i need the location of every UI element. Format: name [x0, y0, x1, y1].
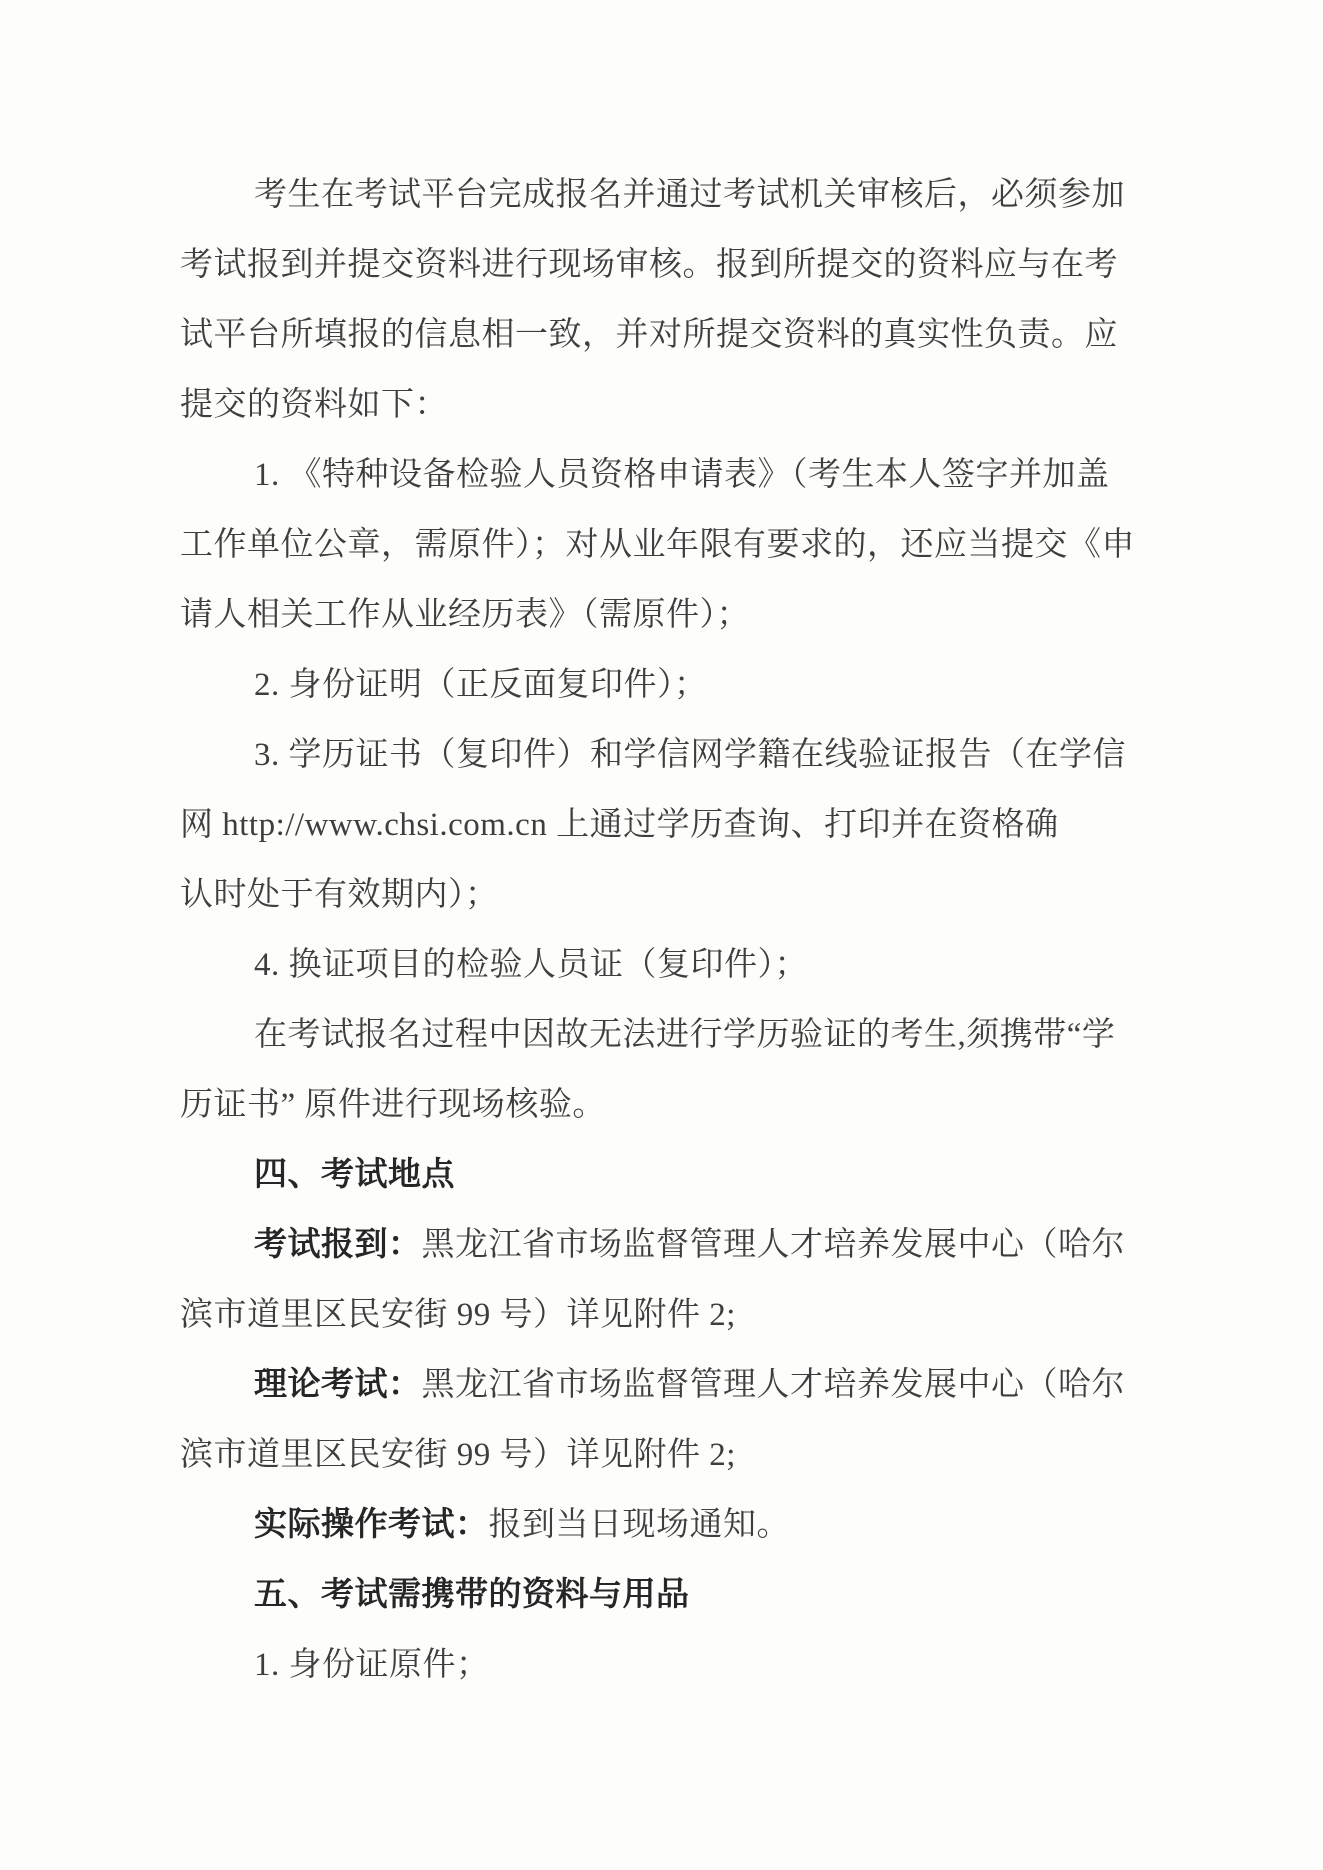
text-run: 滨市道里区民安街 99 号）详见附件 2; — [180, 1297, 736, 1333]
text-line: 1. 身份证原件； — [180, 1630, 1240, 1700]
text-line: 请人相关工作从业经历表》（需原件）； — [180, 580, 1240, 650]
text-line: 滨市道里区民安街 99 号）详见附件 2; — [180, 1280, 1240, 1350]
text-run: 4. 换证项目的检验人员证（复印件）； — [254, 947, 808, 983]
text-run: 黑龙江省市场监督管理人才培养发展中心（哈尔 — [422, 1227, 1126, 1263]
text-line: 滨市道里区民安街 99 号）详见附件 2; — [180, 1420, 1240, 1490]
text-run: 2. 身份证明（正反面复印件）； — [254, 667, 708, 703]
text-line: 考试报到：黑龙江省市场监督管理人才培养发展中心（哈尔 — [180, 1210, 1240, 1280]
text-line: 3. 学历证书（复印件）和学信网学籍在线验证报告（在学信 — [180, 720, 1240, 790]
text-run: 考试报到并提交资料进行现场审核。报到所提交的资料应与在考 — [180, 247, 1118, 283]
text-line: 试平台所填报的信息相一致，并对所提交资料的真实性负责。应 — [180, 300, 1240, 370]
text-run: 网 http://www.chsi.com.cn 上通过学历查询、打印并在资格确 — [180, 807, 1059, 843]
text-run: 在考试报名过程中因故无法进行学历验证的考生,须携带“学 — [254, 1017, 1115, 1053]
bold-text-run: 考试报到： — [254, 1227, 422, 1263]
bold-text-run: 理论考试： — [254, 1367, 422, 1403]
text-run: 工作单位公章，需原件）；对从业年限有要求的，还应当提交《申 — [180, 527, 1135, 563]
document-body: 考生在考试平台完成报名并通过考试机关审核后，必须参加考试报到并提交资料进行现场审… — [180, 160, 1240, 1700]
text-line: 四、考试地点 — [180, 1140, 1240, 1210]
bold-text-run: 四、考试地点 — [254, 1157, 455, 1193]
text-run: 1. 身份证原件； — [254, 1647, 490, 1683]
text-line: 五、考试需携带的资料与用品 — [180, 1560, 1240, 1630]
text-line: 考试报到并提交资料进行现场审核。报到所提交的资料应与在考 — [180, 230, 1240, 300]
text-line: 考生在考试平台完成报名并通过考试机关审核后，必须参加 — [180, 160, 1240, 230]
text-run: 3. 学历证书（复印件）和学信网学籍在线验证报告（在学信 — [254, 737, 1126, 773]
text-run: 历证书” 原件进行现场核验。 — [180, 1087, 606, 1123]
text-line: 2. 身份证明（正反面复印件）； — [180, 650, 1240, 720]
text-run: 请人相关工作从业经历表》（需原件）； — [180, 597, 750, 633]
text-line: 4. 换证项目的检验人员证（复印件）； — [180, 930, 1240, 1000]
text-line: 1. 《特种设备检验人员资格申请表》（考生本人签字并加盖 — [180, 440, 1240, 510]
text-line: 网 http://www.chsi.com.cn 上通过学历查询、打印并在资格确 — [180, 790, 1240, 860]
bold-text-run: 实际操作考试： — [254, 1507, 489, 1543]
text-line: 认时处于有效期内）； — [180, 860, 1240, 930]
text-run: 提交的资料如下： — [180, 387, 448, 423]
scanned-document-page: 考生在考试平台完成报名并通过考试机关审核后，必须参加考试报到并提交资料进行现场审… — [0, 0, 1323, 1870]
text-run: 黑龙江省市场监督管理人才培养发展中心（哈尔 — [422, 1367, 1126, 1403]
text-run: 1. 《特种设备检验人员资格申请表》（考生本人签字并加盖 — [254, 457, 1110, 493]
text-run: 报到当日现场通知。 — [489, 1507, 791, 1543]
text-line: 工作单位公章，需原件）；对从业年限有要求的，还应当提交《申 — [180, 510, 1240, 580]
text-run: 试平台所填报的信息相一致，并对所提交资料的真实性负责。应 — [180, 317, 1118, 353]
text-run: 考生在考试平台完成报名并通过考试机关审核后，必须参加 — [254, 177, 1125, 213]
text-line: 理论考试：黑龙江省市场监督管理人才培养发展中心（哈尔 — [180, 1350, 1240, 1420]
text-line: 在考试报名过程中因故无法进行学历验证的考生,须携带“学 — [180, 1000, 1240, 1070]
text-line: 实际操作考试：报到当日现场通知。 — [180, 1490, 1240, 1560]
bold-text-run: 五、考试需携带的资料与用品 — [254, 1577, 690, 1613]
text-line: 历证书” 原件进行现场核验。 — [180, 1070, 1240, 1140]
text-run: 滨市道里区民安街 99 号）详见附件 2; — [180, 1437, 736, 1473]
text-line: 提交的资料如下： — [180, 370, 1240, 440]
text-run: 认时处于有效期内）； — [180, 877, 499, 913]
